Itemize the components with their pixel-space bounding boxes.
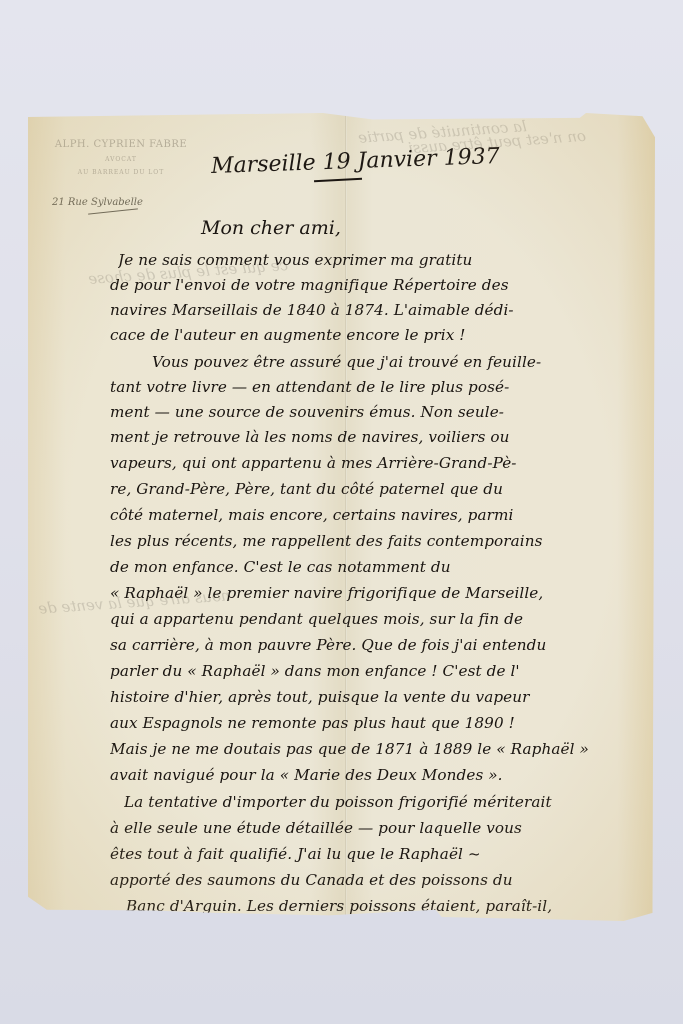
body-line: « Raphaël » le premier navire frigorifiq… [110, 584, 658, 602]
body-line: côté maternel, mais encore, certains nav… [110, 506, 658, 524]
body-line: aux Espagnols ne remonte pas plus haut q… [110, 714, 658, 732]
body-line: qui a appartenu pendant quelques mois, s… [110, 610, 658, 628]
body-line: Je ne sais comment vous exprimer ma grat… [118, 251, 666, 269]
letter-date: Marseille 19 Janvier 1937 [211, 144, 500, 179]
body-line: ment — une source de souvenirs émus. Non… [110, 403, 658, 421]
bleed-line: la continuité de partie [358, 117, 528, 147]
body-line: sa carrière, à mon pauvre Père. Que de f… [110, 636, 658, 654]
body-line: vapeurs, qui ont appartenu à mes Arrière… [110, 454, 658, 472]
salutation: Mon cher ami, [201, 217, 341, 239]
letterhead-title: AVOCAT [46, 156, 196, 163]
body-line: re, Grand-Père, Père, tant du côté pater… [110, 480, 658, 498]
letter-paper: la continuité de partie on n'est peut êt… [28, 113, 655, 921]
body-line: les plus récents, me rappellent des fait… [110, 532, 658, 550]
letterhead-name: ALPH. CYPRIEN FABRE [46, 139, 196, 150]
body-line: de mon enfance. C'est le cas notamment d… [110, 558, 658, 576]
letterhead: ALPH. CYPRIEN FABRE AVOCAT AU BARREAU DU… [46, 139, 196, 176]
body-line: histoire d'hier, après tout, puisque la … [110, 688, 658, 706]
body-line: Vous pouvez être assuré que j'ai trouvé … [152, 353, 683, 371]
body-line: à elle seule une étude détaillée — pour … [110, 819, 658, 837]
body-line: cace de l'auteur en augmente encore le p… [110, 326, 658, 344]
body-line: La tentative d'importer du poisson frigo… [124, 793, 672, 811]
body-line: de pour l'envoi de votre magnifique Répe… [110, 276, 658, 294]
body-line: ment je retrouve là les noms de navires,… [110, 428, 658, 446]
letterhead-bar: AU BARREAU DU LOT [46, 169, 196, 176]
address-underline [88, 208, 138, 214]
body-line: apporté des saumons du Canada et des poi… [110, 871, 658, 889]
body-line: navires Marseillais de 1840 à 1874. L'ai… [110, 301, 658, 319]
body-line: tant votre livre — en attendant de le li… [110, 378, 658, 396]
body-line: Mais je ne me doutais pas que de 1871 à … [110, 740, 658, 758]
body-line: parler du « Raphaël » dans mon enfance !… [110, 662, 658, 680]
handwritten-address: 21 Rue Sylvabelle [52, 197, 143, 208]
body-line: Banc d'Arguin. Les derniers poissons éta… [126, 897, 674, 915]
body-line: avait navigué pour la « Marie des Deux M… [110, 766, 658, 784]
date-underline [314, 178, 362, 182]
body-line: êtes tout à fait qualifié. J'ai lu que l… [110, 845, 658, 863]
